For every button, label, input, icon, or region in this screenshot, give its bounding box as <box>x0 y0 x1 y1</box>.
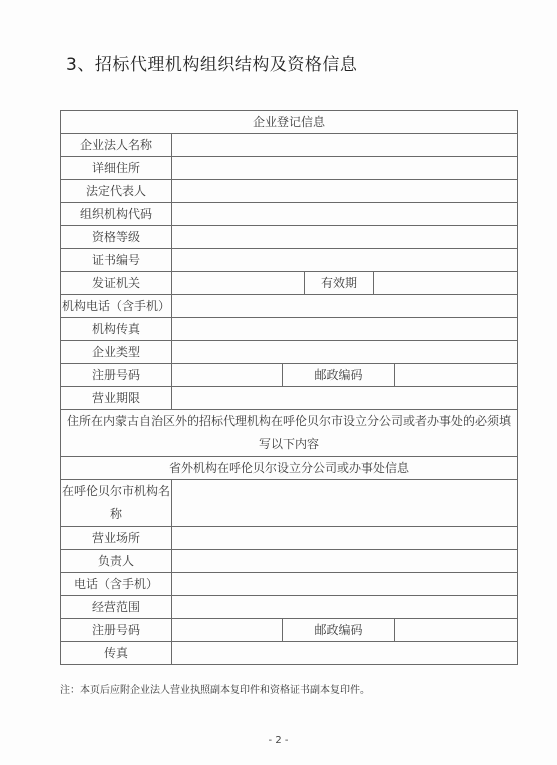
page-title: 3、招标代理机构组织结构及资格信息 <box>66 50 357 75</box>
table-row: 注册号码 邮政编码 <box>61 364 518 387</box>
table-row: 营业场所 <box>61 527 518 550</box>
section-header-branch: 省外机构在呼伦贝尔设立分公司或办事处信息 <box>61 457 518 480</box>
agency-phone-field[interactable] <box>172 295 518 318</box>
issuing-authority-field[interactable] <box>172 272 305 295</box>
table-row: 电话（含手机） <box>61 573 518 596</box>
branch-name-field[interactable] <box>172 480 518 527</box>
postal-code-field[interactable] <box>395 364 518 387</box>
field-label: 营业期限 <box>61 387 172 410</box>
field-label: 在呼伦贝尔市机构名称 <box>61 480 172 527</box>
branch-registration-number-field[interactable] <box>172 619 283 642</box>
agency-fax-field[interactable] <box>172 318 518 341</box>
table-row: 组织机构代码 <box>61 203 518 226</box>
footnote: 注：本页后应附企业法人营业执照副本复印件和资格证书副本复印件。 <box>60 681 370 696</box>
table-row: 证书编号 <box>61 249 518 272</box>
field-label: 组织机构代码 <box>61 203 172 226</box>
branch-postal-code-field[interactable] <box>395 619 518 642</box>
org-code-field[interactable] <box>172 203 518 226</box>
table-row: 法定代表人 <box>61 180 518 203</box>
field-label: 传真 <box>61 642 172 665</box>
enterprise-type-field[interactable] <box>172 341 518 364</box>
page-number: - 2 - <box>0 735 557 746</box>
table-row: 负责人 <box>61 550 518 573</box>
field-label: 经营范围 <box>61 596 172 619</box>
table-row: 企业法人名称 <box>61 134 518 157</box>
table-row: 传真 <box>61 642 518 665</box>
field-label: 法定代表人 <box>61 180 172 203</box>
branch-phone-field[interactable] <box>172 573 518 596</box>
legal-entity-name-field[interactable] <box>172 134 518 157</box>
table-row: 在呼伦贝尔市机构名称 <box>61 480 518 527</box>
table-row: 注册号码 邮政编码 <box>61 619 518 642</box>
field-label: 资格等级 <box>61 226 172 249</box>
certificate-number-field[interactable] <box>172 249 518 272</box>
field-label: 营业场所 <box>61 527 172 550</box>
qualification-info-table: 企业登记信息 企业法人名称 详细住所 法定代表人 组织机构代码 资格等级 证书编… <box>60 110 518 665</box>
field-label: 详细住所 <box>61 157 172 180</box>
person-in-charge-field[interactable] <box>172 550 518 573</box>
business-premises-field[interactable] <box>172 527 518 550</box>
table-row: 资格等级 <box>61 226 518 249</box>
instruction-notice: 住所在内蒙古自治区外的招标代理机构在呼伦贝尔市设立分公司或者办事处的必须填写以下… <box>61 410 518 457</box>
business-scope-field[interactable] <box>172 596 518 619</box>
field-label: 企业法人名称 <box>61 134 172 157</box>
field-label: 邮政编码 <box>283 364 395 387</box>
address-field[interactable] <box>172 157 518 180</box>
field-label: 注册号码 <box>61 619 172 642</box>
qualification-level-field[interactable] <box>172 226 518 249</box>
branch-fax-field[interactable] <box>172 642 518 665</box>
field-label: 负责人 <box>61 550 172 573</box>
field-label: 有效期 <box>305 272 374 295</box>
table-row: 经营范围 <box>61 596 518 619</box>
business-term-field[interactable] <box>172 387 518 410</box>
table-row: 企业类型 <box>61 341 518 364</box>
field-label: 注册号码 <box>61 364 172 387</box>
field-label: 机构传真 <box>61 318 172 341</box>
field-label: 企业类型 <box>61 341 172 364</box>
field-label: 邮政编码 <box>283 619 395 642</box>
validity-period-field[interactable] <box>374 272 518 295</box>
registration-number-field[interactable] <box>172 364 283 387</box>
field-label: 证书编号 <box>61 249 172 272</box>
table-row: 营业期限 <box>61 387 518 410</box>
table-row: 机构传真 <box>61 318 518 341</box>
field-label: 发证机关 <box>61 272 172 295</box>
field-label: 电话（含手机） <box>61 573 172 596</box>
table-row: 发证机关 有效期 <box>61 272 518 295</box>
legal-representative-field[interactable] <box>172 180 518 203</box>
field-label: 机构电话（含手机） <box>61 295 172 318</box>
table-row: 机构电话（含手机） <box>61 295 518 318</box>
section-header-registration: 企业登记信息 <box>61 111 518 134</box>
table-row: 详细住所 <box>61 157 518 180</box>
